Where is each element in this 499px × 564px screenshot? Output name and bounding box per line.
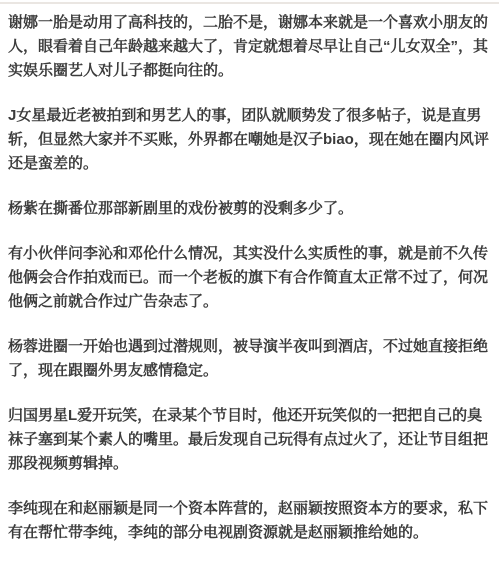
paragraph: 杨蓉进圈一开始也遇到过潜规则，被导演半夜叫到酒店，不过她直接拒绝 了，现在跟圈外…: [8, 335, 491, 383]
paragraph: 归国男星L爱开玩笑，在录某个节目时，他还开玩笑似的一把把自己的臭 袜子塞到某个素…: [8, 404, 491, 476]
paragraph: 杨紫在撕番位那部新剧里的戏份被剪的没剩多少了。: [8, 197, 491, 221]
article-page: 谢娜一胎是动用了高科技的，二胎不是，谢娜本来就是一个喜欢小朋友的 人，眼看着自己…: [0, 2, 499, 564]
paragraph: 谢娜一胎是动用了高科技的，二胎不是，谢娜本来就是一个喜欢小朋友的 人，眼看着自己…: [8, 11, 491, 83]
paragraph: J女星最近老被拍到和男艺人的事，团队就顺势发了很多帖子，说是直男 斩，但显然大家…: [8, 104, 491, 176]
paragraph: 李纯现在和赵丽颖是同一个资本阵营的，赵丽颖按照资本方的要求，私下 有在帮忙带李纯…: [8, 497, 491, 545]
paragraph: 有小伙伴问李沁和邓伦什么情况，其实没什么实质性的事，就是前不久传 他俩会合作拍戏…: [8, 242, 491, 314]
article-body: 谢娜一胎是动用了高科技的，二胎不是，谢娜本来就是一个喜欢小朋友的 人，眼看着自己…: [0, 4, 499, 555]
